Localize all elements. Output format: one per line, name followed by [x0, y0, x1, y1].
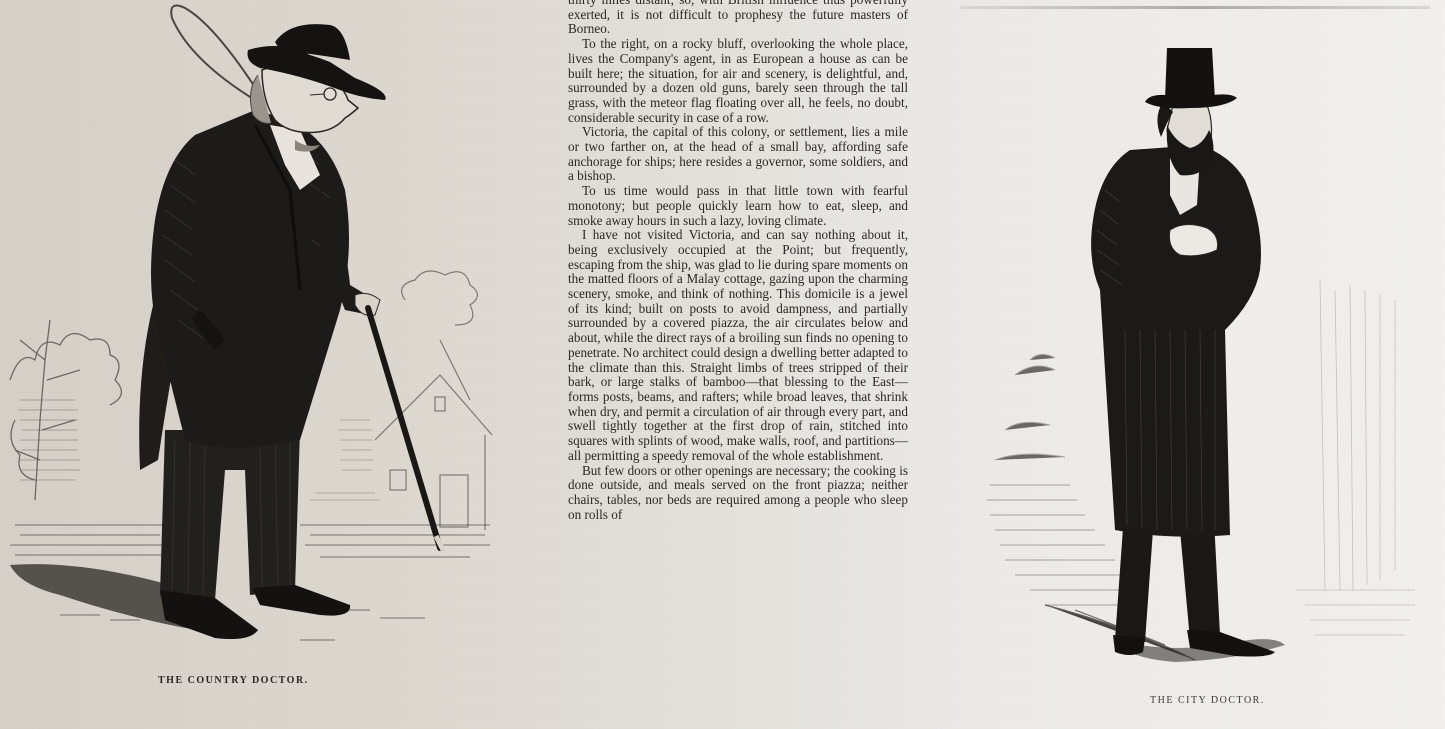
paragraph: Victoria, the capital of this colony, or…	[568, 125, 908, 184]
walking-cane	[368, 308, 440, 548]
paragraph: thirty miles distant; so, with British i…	[568, 0, 908, 37]
right-shoe	[252, 585, 350, 616]
paragraph: To us time would pass in that little tow…	[568, 184, 908, 228]
caption-city-doctor: THE CITY DOCTOR.	[1150, 695, 1265, 706]
newspaper-page: THE COUNTRY DOCTOR. thirty miles distant…	[0, 0, 1445, 729]
caption-country-doctor: THE COUNTRY DOCTOR.	[158, 675, 309, 686]
left-shoe	[160, 590, 258, 639]
hatching-right	[1295, 280, 1415, 635]
riding-whip	[171, 6, 260, 100]
paragraph: To the right, on a rocky bluff, overlook…	[568, 37, 908, 125]
left-shoe	[1113, 635, 1145, 655]
country-doctor-illustration	[0, 0, 520, 660]
paragraph: But few doors or other openings are nece…	[568, 464, 908, 523]
article-column: thirty miles distant; so, with British i…	[568, 0, 908, 522]
top-hat	[1165, 48, 1215, 100]
top-rule	[960, 6, 1430, 9]
city-doctor-illustration	[975, 30, 1435, 690]
cottage	[375, 271, 492, 530]
paragraph: I have not visited Victoria, and can say…	[568, 228, 908, 463]
frock-coat	[151, 110, 349, 448]
